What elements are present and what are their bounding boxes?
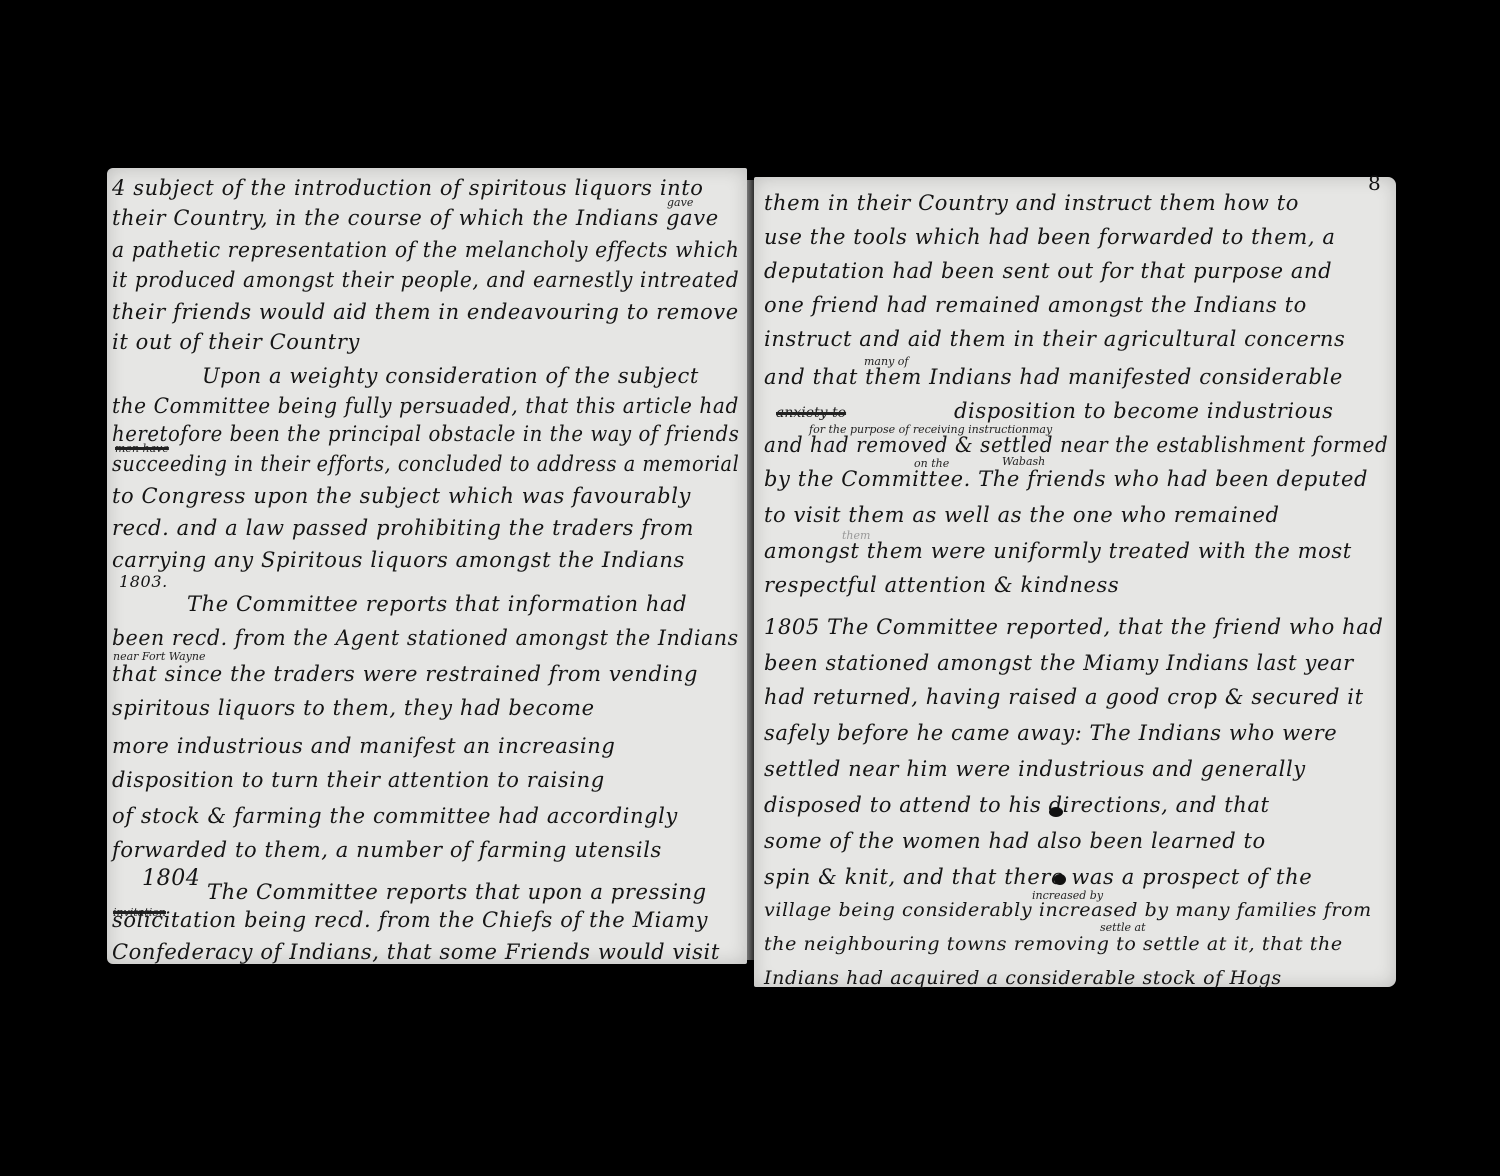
manuscript-line: that since the traders were restrained f…: [112, 662, 698, 686]
struck-text: anxiety to: [776, 405, 846, 421]
manuscript-line: and that them Indians had manifested con…: [764, 365, 1343, 389]
manuscript-line: been recd. from the Agent stationed amon…: [112, 626, 739, 650]
manuscript-line: one friend had remained amongst the Indi…: [764, 293, 1307, 317]
manuscript-line: had returned, having raised a good crop …: [764, 685, 1364, 709]
manuscript-line: disposition to become industrious: [954, 399, 1334, 423]
manuscript-line: use the tools which had been forwarded t…: [764, 225, 1336, 249]
manuscript-line: by the Committee. The friends who had be…: [764, 467, 1368, 491]
manuscript-line: disposed to attend to his directions, an…: [764, 793, 1270, 817]
year-marker: 1804: [142, 866, 200, 891]
year-marker: 1803.: [119, 572, 168, 591]
manuscript-line: spiritous liquors to them, they had beco…: [112, 696, 595, 720]
manuscript-line: safely before he came away: The Indians …: [764, 721, 1337, 745]
manuscript-line: it produced amongst their people, and ea…: [112, 268, 739, 292]
manuscript-line: of stock & farming the committee had acc…: [112, 804, 678, 828]
manuscript-line: more industrious and manifest an increas…: [112, 734, 615, 758]
manuscript-line: Indians had acquired a considerable stoc…: [764, 967, 1282, 989]
manuscript-line: village being considerably increased by …: [764, 899, 1372, 921]
manuscript-line: some of the women had also been learned …: [764, 829, 1266, 853]
manuscript-line: a pathetic representation of the melanch…: [112, 238, 739, 262]
manuscript-line: Confederacy of Indians, that some Friend…: [112, 940, 720, 964]
manuscript-line: recd. and a law passed prohibiting the t…: [112, 516, 694, 540]
manuscript-line: heretofore been the principal obstacle i…: [112, 422, 739, 446]
manuscript-line: and had removed & settled near the estab…: [764, 433, 1388, 457]
ink-blot: [1049, 807, 1063, 817]
manuscript-line: 1805 The Committee reported, that the fr…: [764, 615, 1383, 639]
manuscript-line: spin & knit, and that there was a prospe…: [764, 865, 1312, 889]
manuscript-line: The Committee reports that upon a pressi…: [207, 880, 707, 904]
interlinear-insert: gave: [667, 196, 693, 209]
manuscript-line: disposition to turn their attention to r…: [112, 768, 605, 792]
manuscript-line: respectful attention & kindness: [764, 573, 1119, 597]
manuscript-line: forwarded to them, a number of farming u…: [112, 838, 662, 862]
manuscript-line: carrying any Spiritous liquors amongst t…: [112, 548, 685, 572]
manuscript-line: to Congress upon the subject which was f…: [112, 484, 691, 508]
manuscript-line: settled near him were industrious and ge…: [764, 757, 1306, 781]
manuscript-line: solicitation being recd. from the Chiefs…: [112, 908, 708, 932]
manuscript-line: their friends would aid them in endeavou…: [112, 300, 739, 324]
manuscript-line: instruct and aid them in their agricultu…: [764, 327, 1345, 351]
manuscript-line: their Country, in the course of which th…: [112, 206, 719, 230]
manuscript-line: amongst them were uniformly treated with…: [764, 539, 1352, 563]
manuscript-line: it out of their Country: [112, 330, 360, 354]
manuscript-line: the neighbouring towns removing to settl…: [764, 933, 1343, 955]
manuscript-line: the Committee being fully persuaded, tha…: [112, 394, 739, 418]
ink-blot: [1054, 874, 1066, 885]
manuscript-line: deputation had been sent out for that pu…: [764, 259, 1332, 283]
manuscript-line: The Committee reports that information h…: [187, 592, 687, 616]
manuscript-line: to visit them as well as the one who rem…: [764, 503, 1280, 527]
manuscript-line: 4 subject of the introduction of spirito…: [112, 176, 704, 200]
left-manuscript-page: 4 subject of the introduction of spirito…: [107, 168, 747, 964]
manuscript-line: Upon a weighty consideration of the subj…: [202, 364, 699, 388]
manuscript-line: succeeding in their efforts, concluded t…: [112, 452, 739, 476]
right-manuscript-page: 8 them in their Country and instruct the…: [754, 177, 1396, 987]
manuscript-line: been stationed amongst the Miamy Indians…: [764, 651, 1354, 675]
manuscript-line: them in their Country and instruct them …: [764, 191, 1299, 215]
page-number: 8: [1368, 171, 1381, 195]
